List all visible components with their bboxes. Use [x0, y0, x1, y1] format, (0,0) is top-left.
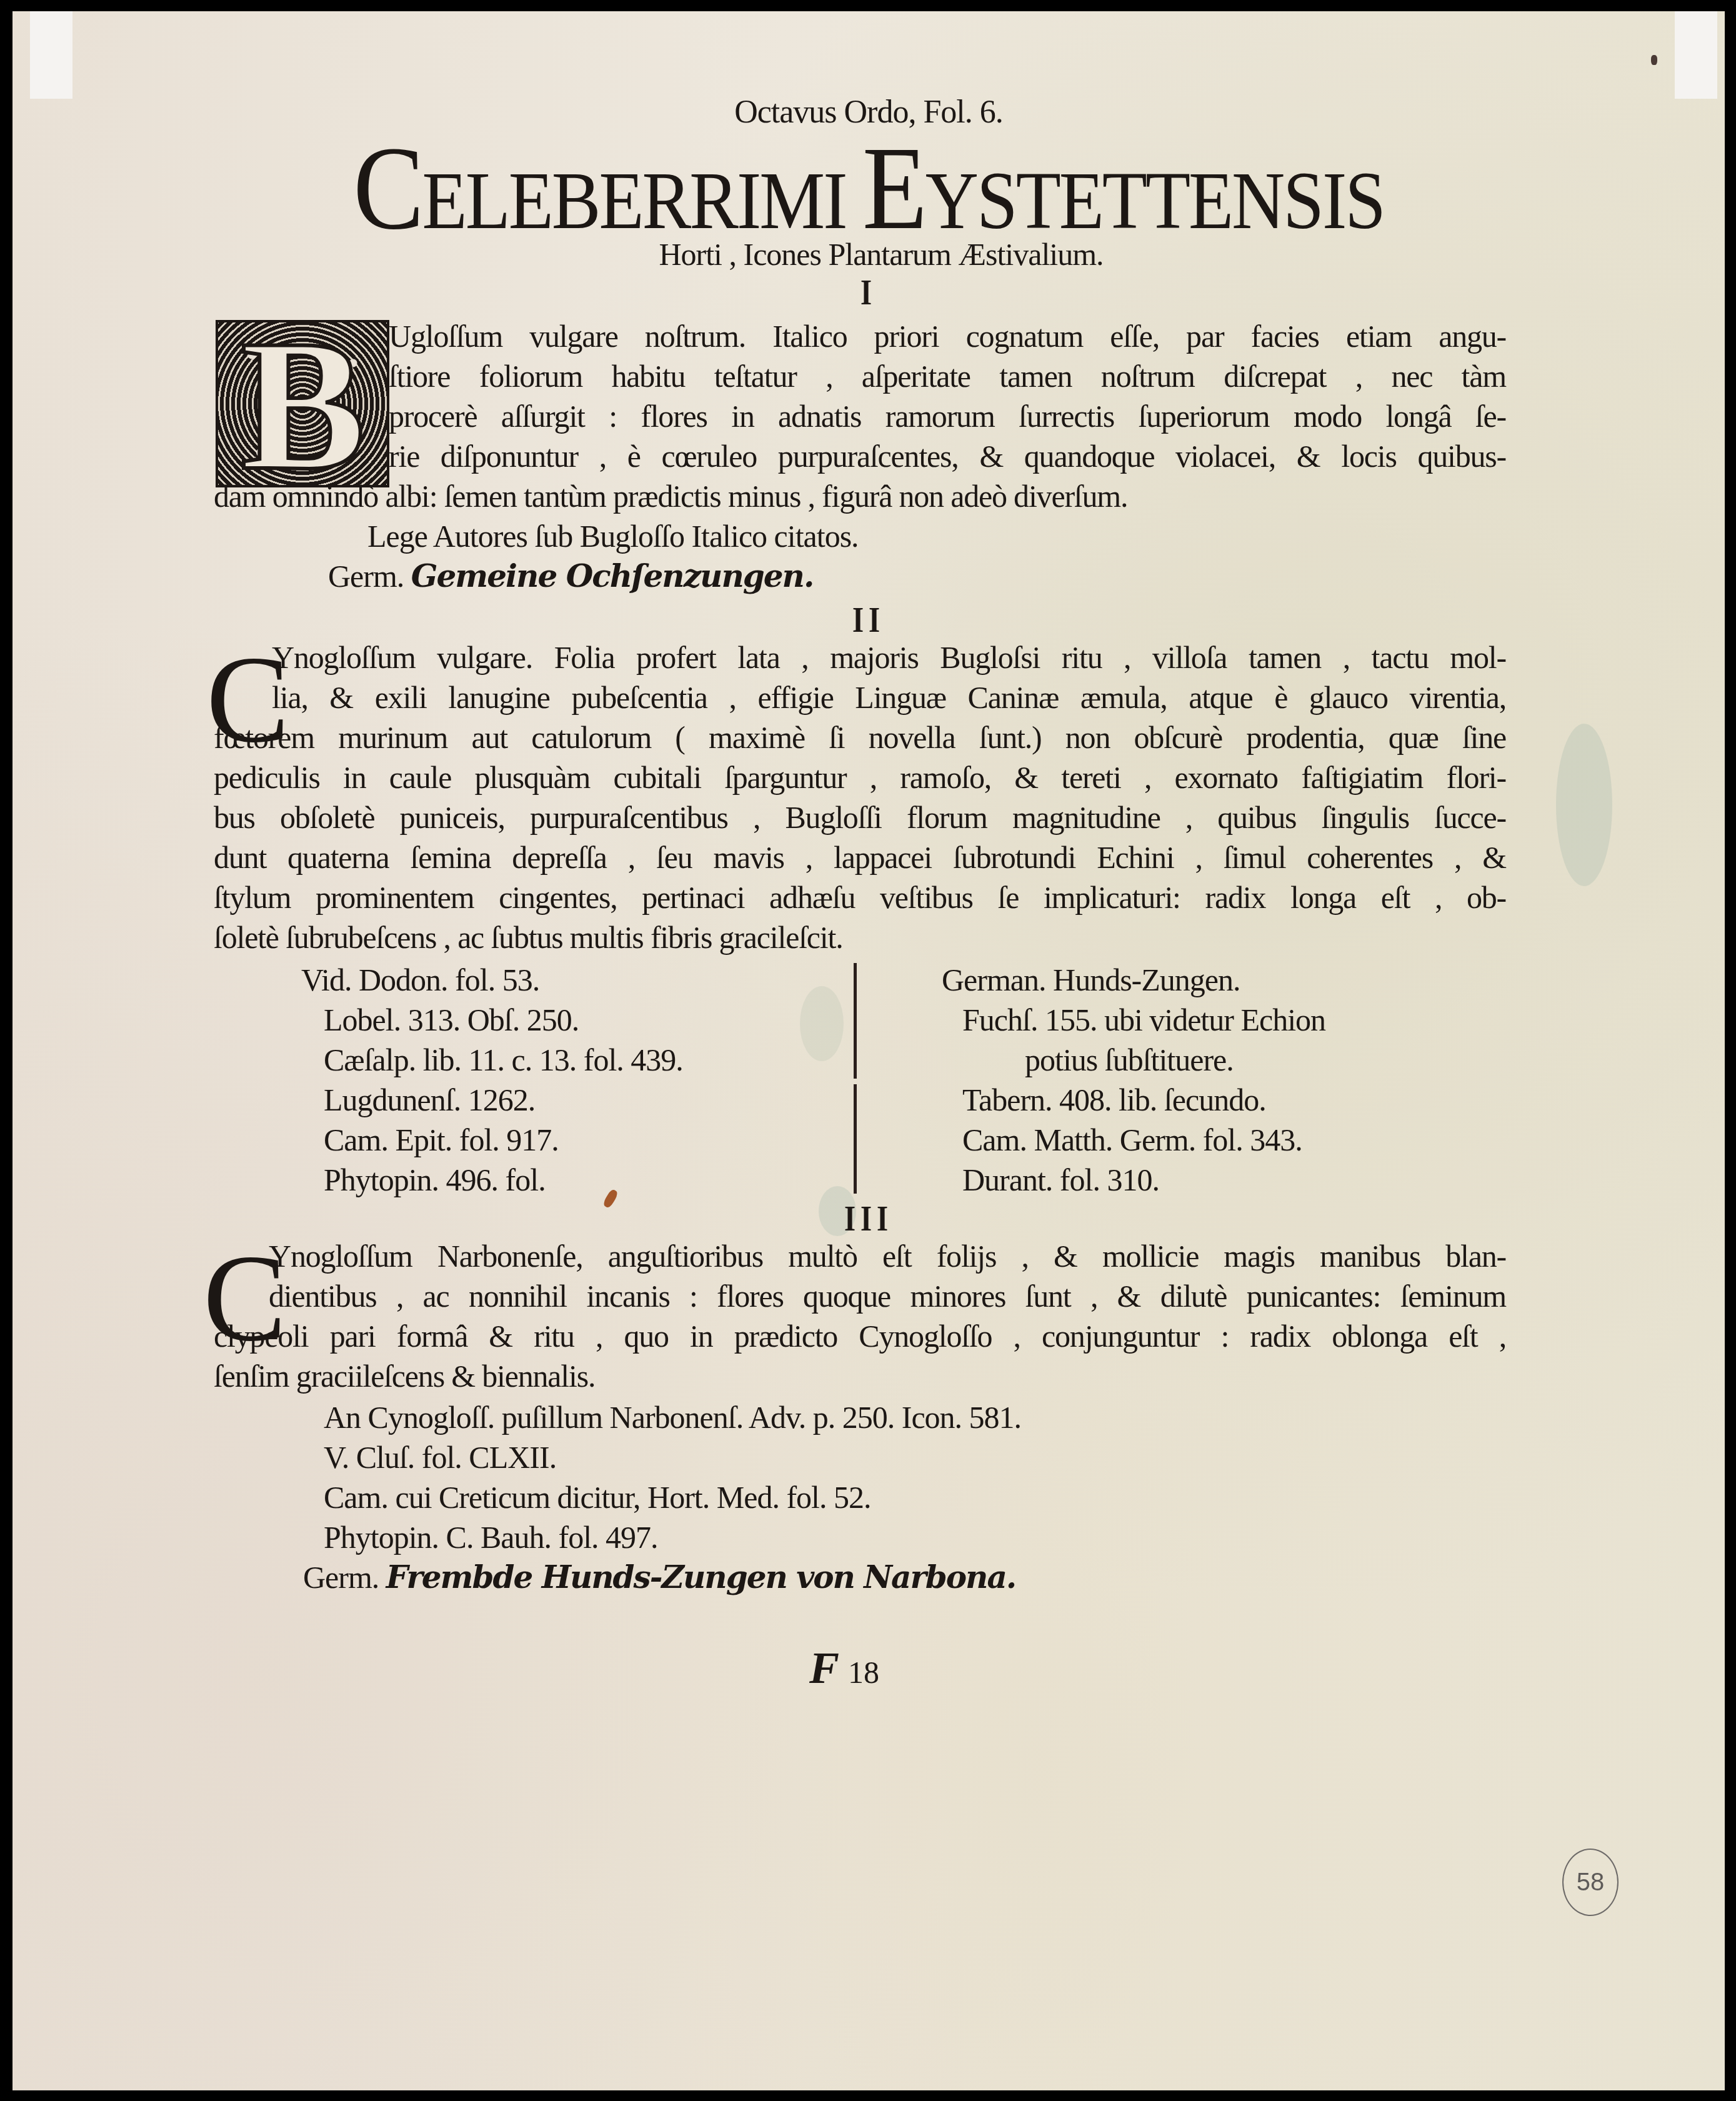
pencil-number: 58: [1577, 1869, 1605, 1897]
signature-mark: F18: [809, 1642, 879, 1694]
german-name-line: Germ. Gemeine Ochſenzungen.: [328, 556, 813, 596]
reference-right-5: Durant. fol. 310.: [962, 1160, 1159, 1200]
scanned-page: Octavus Ordo, Fol. 6. CELEBERRIMI EYSTET…: [12, 11, 1725, 2090]
text-line: procerè aſſurgit : flores in adnatis ram…: [389, 396, 1506, 436]
page-title: CELEBERRIMI EYSTETTENSIS: [219, 129, 1519, 247]
text-line: dunt quaterna ſemina depreſſa , ſeu mavi…: [214, 837, 1506, 877]
ink-speck: [1651, 55, 1657, 65]
section-numeral-2: II: [184, 599, 1554, 641]
text-line: lia, & exili lanugine pubeſcentia , effi…: [272, 677, 1506, 717]
text-line: ſoletè ſubrubeſcens , ac ſubtus multis f…: [214, 917, 1506, 957]
reference-line: Phytopin. C. Bauh. fol. 497.: [324, 1517, 658, 1557]
dropcap-letter: B: [241, 311, 366, 499]
column-divider: [854, 963, 857, 1079]
reference-line: Cam. cui Creticum dicitur, Hort. Med. fo…: [324, 1477, 870, 1517]
text-line: pediculis in caule plusquàm cubitali ſpa…: [214, 757, 1506, 797]
pencil-annotation: 58: [1562, 1849, 1619, 1916]
paper-tab-right: [1675, 11, 1717, 99]
title-initial-2: E: [862, 122, 925, 254]
section-1-body: Ugloſſum vulgare noſtrum. Italico priori…: [389, 316, 1506, 476]
german-prefix: Germ.: [328, 559, 404, 594]
text-line: ſtiore foliorum habitu teſtatur , aſperi…: [389, 356, 1506, 396]
signature-number: 18: [848, 1655, 879, 1690]
paper-tab-left: [30, 11, 72, 99]
reference-right-0: German. Hunds-Zungen.: [942, 960, 1240, 1000]
paper-stain: [1556, 724, 1612, 886]
reference-left-3: Lugdunenſ. 1262.: [324, 1080, 535, 1120]
title-word-1: ELEBERRIMI: [422, 154, 846, 246]
section-1-body-cont: dam omnindò albi: ſemen tantùm prædictis…: [214, 476, 1506, 516]
german-name: German. Hunds-Zungen.: [942, 962, 1240, 997]
text-line: fœtorem murinum aut catulorum ( maximè ſ…: [214, 717, 1506, 757]
text-line: dientibus , ac nonnihil incanis : flores…: [269, 1276, 1506, 1316]
text-line: dam omnindò albi: ſemen tantùm prædictis…: [214, 476, 1506, 516]
title-word-2: YSTETTENSIS: [925, 154, 1384, 246]
page-subtitle: Horti , Icones Plantarum Æstivalium.: [12, 236, 1725, 272]
reference-right-4: Cam. Matth. Germ. fol. 343.: [962, 1120, 1302, 1160]
german-name: Gemeine Ochſenzungen.: [411, 557, 813, 594]
german-name-line: Germ. Frembde Hunds-Zungen von Narbona.: [303, 1557, 1015, 1597]
text-line: bus obſoletè puniceis, purpuraſcentibus …: [214, 797, 1506, 837]
reference-right-3: Tabern. 408. lib. ſecundo.: [962, 1080, 1266, 1120]
ornamental-dropcap: B: [216, 320, 389, 487]
text-line: Ugloſſum vulgare noſtrum. Italico priori…: [389, 316, 1506, 356]
reference-line: Lege Autores ſub Bugloſſo Italico citato…: [367, 516, 859, 556]
column-divider: [854, 1084, 857, 1194]
section-2-body-cont: fœtorem murinum aut catulorum ( maximè ſ…: [214, 717, 1506, 957]
section-2-body: Ynogloſſum vulgare. Folia profert lata ,…: [272, 637, 1506, 717]
text-line: Ynogloſſum vulgare. Folia profert lata ,…: [272, 637, 1506, 677]
german-prefix: Germ.: [303, 1560, 379, 1595]
reference-line: An Cynogloſſ. puſillum Narbonenſ. Adv. p…: [324, 1397, 1021, 1437]
text-line: ſenſim graciileſcens & biennalis.: [214, 1356, 1506, 1396]
reference-left-2: Cæſalp. lib. 11. c. 13. fol. 439.: [324, 1040, 683, 1080]
reference-left-0: Vid. Dodon. fol. 53.: [301, 960, 539, 1000]
reference-left-5: Phytopin. 496. fol.: [324, 1160, 546, 1200]
reference-left-1: Lobel. 313. Obſ. 250.: [324, 1000, 579, 1040]
german-name: Frembde Hunds-Zungen von Narbona.: [386, 1559, 1015, 1595]
section-numeral-3: III: [184, 1197, 1554, 1239]
text-line: ſtylum prominentem cingentes, pertinaci …: [214, 877, 1506, 917]
paper-stain: [800, 986, 844, 1061]
reference-line: V. Cluſ. fol. CLXII.: [324, 1437, 556, 1477]
section-3-body: Ynogloſſum Narbonenſe, anguſtioribus mul…: [269, 1236, 1506, 1316]
reference-left-4: Cam. Epit. fol. 917.: [324, 1120, 559, 1160]
reference-right-1: Fuchſ. 155. ubi videtur Echion: [962, 1000, 1325, 1040]
text-line: rie diſponuntur , è cœruleo purpuraſcent…: [389, 436, 1506, 476]
bleed-through-text: ​: [87, 1924, 1687, 2030]
section-3-body-cont: clypeoli pari formâ & ritu , quo in præd…: [214, 1316, 1506, 1396]
signature-letter: F: [809, 1643, 839, 1693]
text-line: clypeoli pari formâ & ritu , quo in præd…: [214, 1316, 1506, 1356]
section-numeral-1: I: [184, 271, 1554, 313]
title-initial-1: C: [353, 122, 422, 254]
reference-right-2: potius ſubſtituere.: [1025, 1040, 1234, 1080]
text-line: Ynogloſſum Narbonenſe, anguſtioribus mul…: [269, 1236, 1506, 1276]
